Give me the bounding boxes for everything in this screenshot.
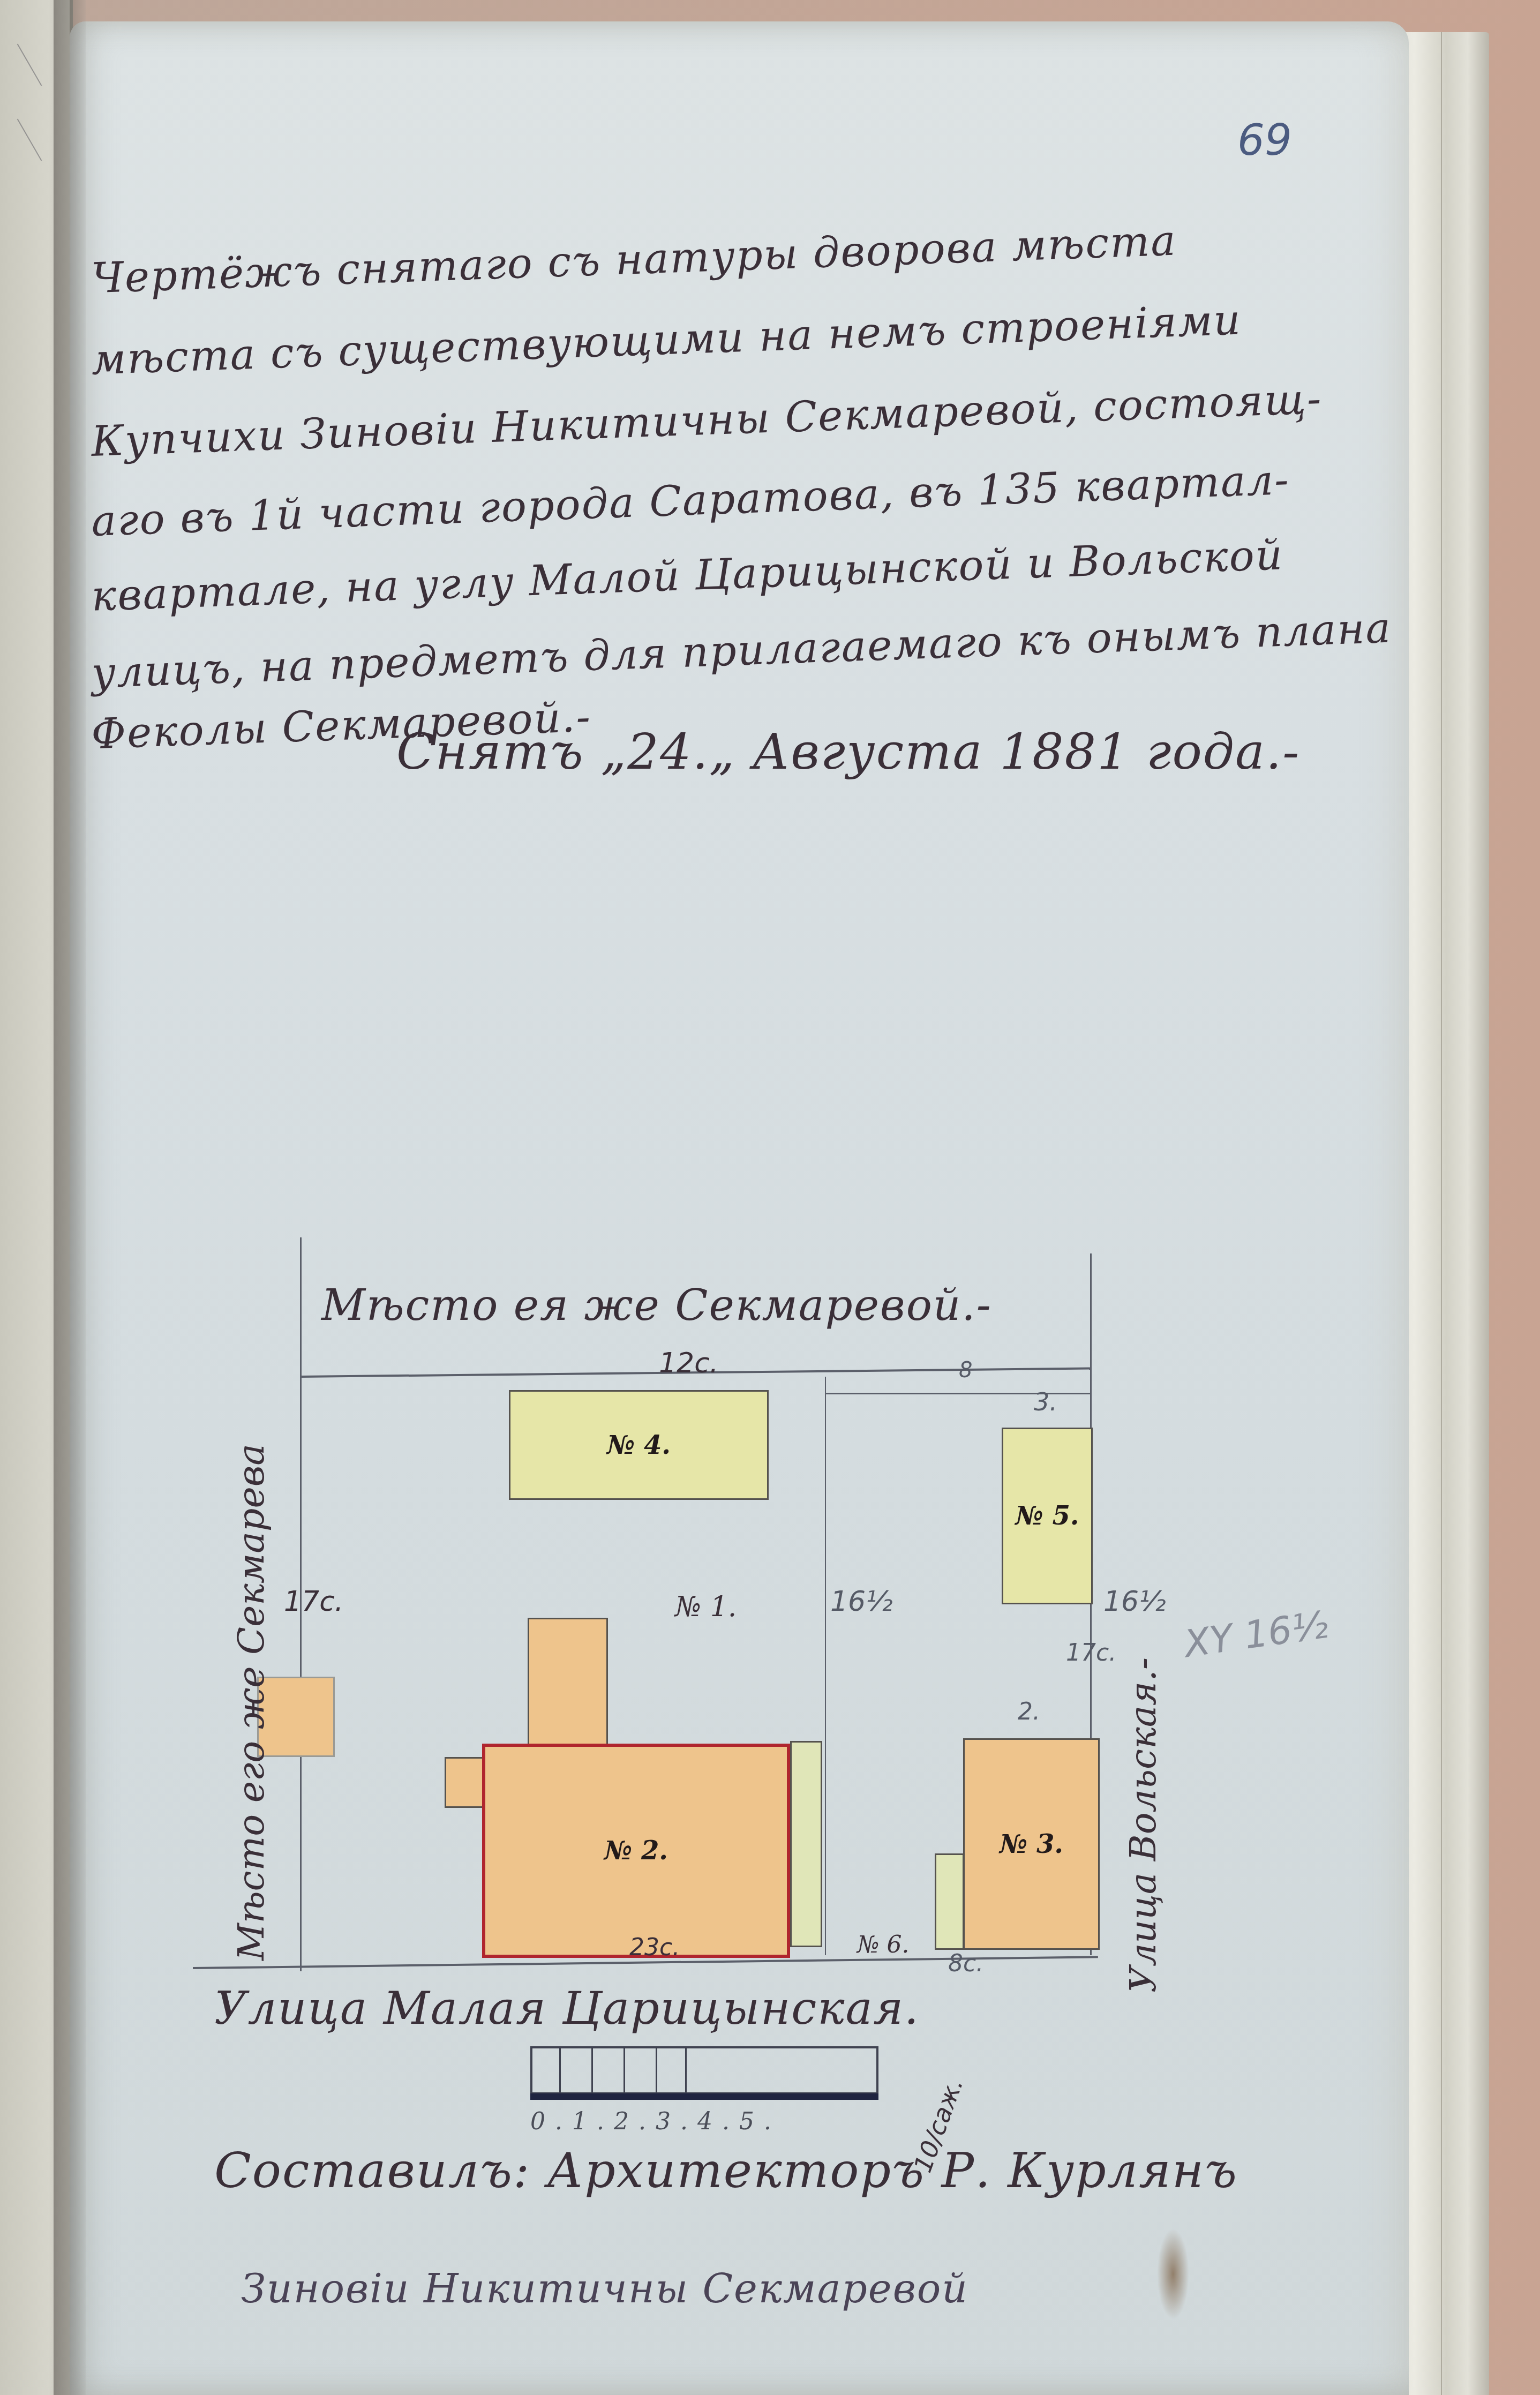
compiled-by-signature: Составилъ: Архитекторъ Р. Курлянъ — [214, 2143, 1238, 2199]
ink-stain — [1157, 2228, 1189, 2319]
owner-signature: Зиновіи Никитичны Секмаревой — [241, 2266, 968, 2312]
page-number: 69 — [1237, 115, 1292, 165]
date-line: Снятъ „24.„ Августа 1881 года.- — [396, 723, 1300, 780]
binding-gutter — [54, 0, 86, 2395]
